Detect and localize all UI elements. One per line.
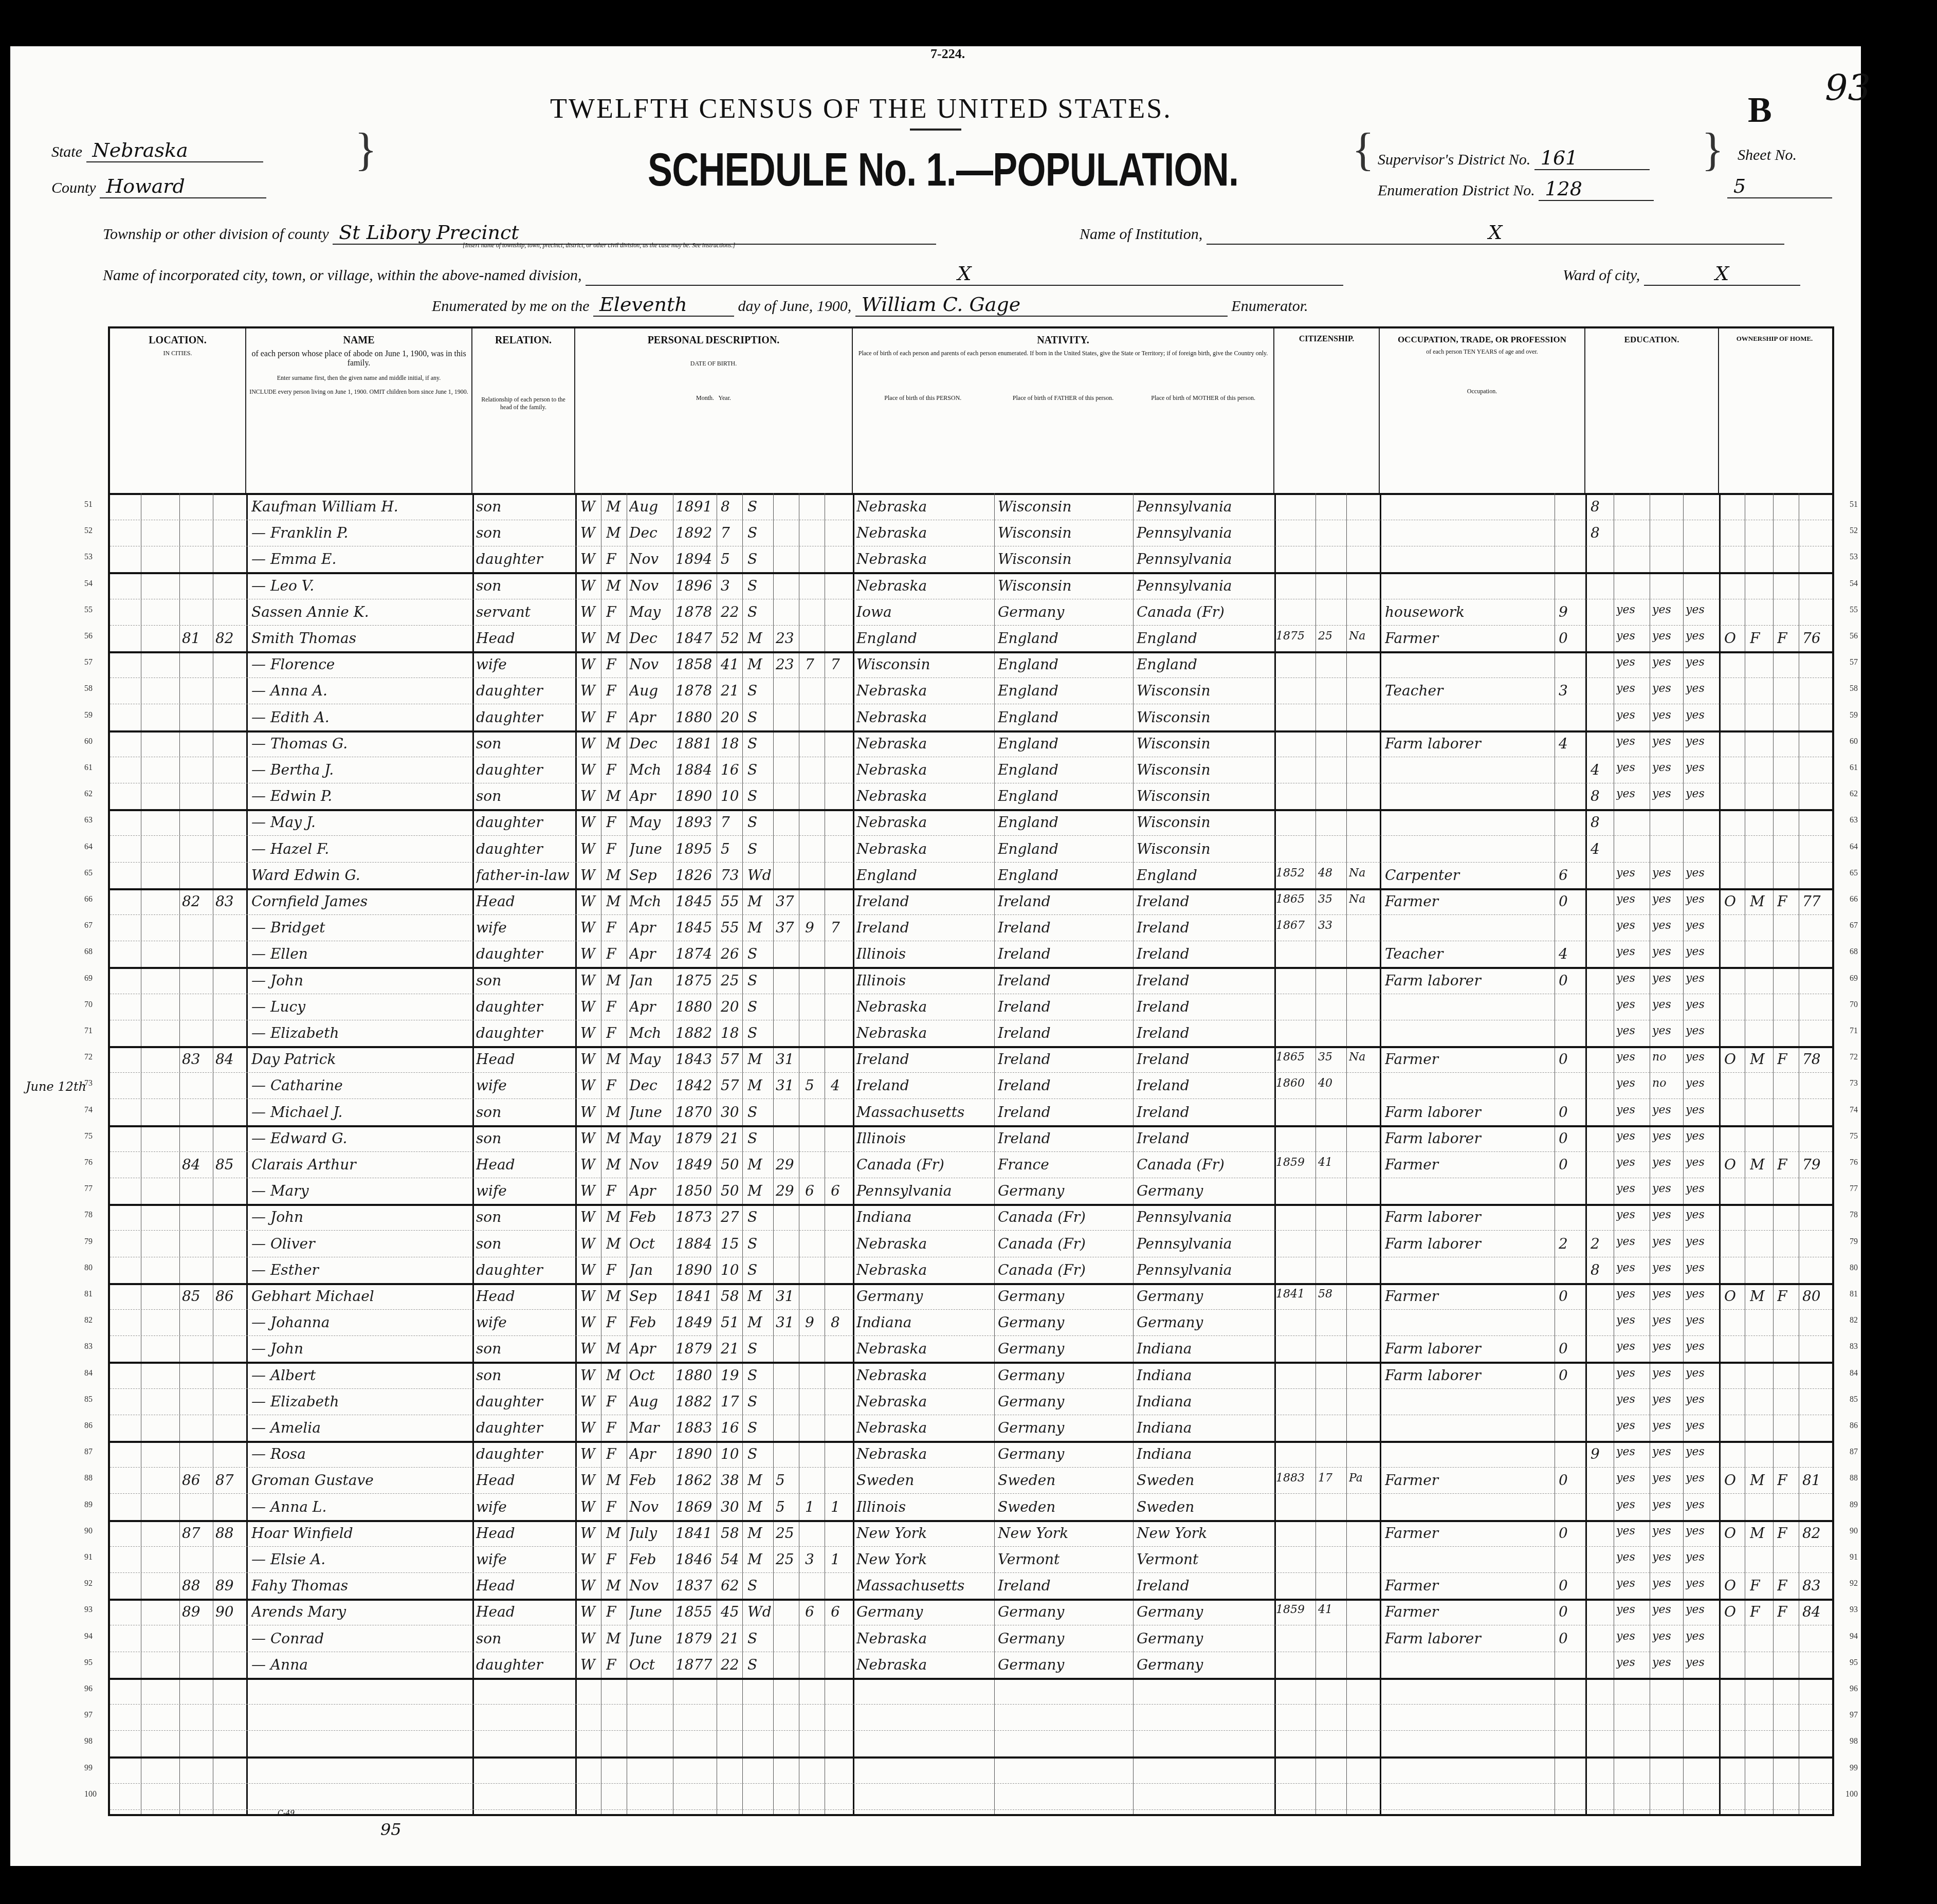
marital-status: S — [747, 998, 773, 1015]
marital-status: S — [747, 1130, 773, 1147]
marital-status: S — [747, 551, 773, 567]
mother-of-children: 9 — [805, 1314, 825, 1331]
birthplace-mother: Pennsylvania — [1137, 524, 1273, 541]
relation: daughter — [476, 551, 574, 567]
can-speak-english: yes — [1686, 1630, 1719, 1643]
relation: daughter — [476, 998, 574, 1015]
free-mortgaged: F — [1750, 630, 1773, 647]
line-number-right: 69 — [1850, 974, 1858, 983]
birth-year: 1880 — [675, 998, 717, 1015]
birthplace-mother: Pennsylvania — [1137, 1261, 1273, 1278]
color: W — [580, 1314, 601, 1331]
birthplace-mother: Ireland — [1137, 945, 1273, 962]
line-number-left: 59 — [84, 711, 93, 720]
birth-year: 1878 — [675, 603, 717, 620]
age: 55 — [721, 893, 742, 910]
header-citizenship: CITIZENSHIP. — [1274, 328, 1380, 493]
relation: daughter — [476, 1261, 574, 1278]
header-ownership: OWNERSHIP OF HOME. — [1719, 328, 1830, 493]
can-write: no — [1652, 1077, 1683, 1090]
brace-district-close: } — [1702, 123, 1724, 176]
months-unemployed: 0 — [1559, 1603, 1584, 1620]
line-number-right: 76 — [1850, 1158, 1858, 1167]
can-write: yes — [1652, 1288, 1683, 1301]
line-number-left: 52 — [84, 526, 93, 536]
birthplace-person: Nebraska — [856, 1630, 993, 1647]
relation: daughter — [476, 709, 574, 726]
age: 8 — [721, 498, 742, 515]
table-row: 80 — Esther daughter W F Jan 1890 10 S N… — [110, 1256, 1832, 1285]
line-number-right: 75 — [1850, 1132, 1858, 1141]
age: 21 — [721, 682, 742, 699]
occupation: Teacher — [1385, 682, 1552, 699]
family-number: 89 — [215, 1577, 246, 1594]
can-read: yes — [1616, 1393, 1650, 1406]
birthplace-person: Illinois — [856, 1130, 993, 1147]
farm-house: F — [1777, 630, 1799, 647]
person-name: — Conrad — [251, 1630, 470, 1647]
line-number-right: 90 — [1850, 1527, 1858, 1536]
birth-month: Oct — [629, 1656, 673, 1673]
can-read: yes — [1616, 630, 1650, 643]
can-read: yes — [1616, 761, 1650, 774]
marital-status: S — [747, 603, 773, 620]
birthplace-father: Ireland — [998, 1577, 1131, 1594]
color: W — [580, 1340, 601, 1357]
free-mortgaged: M — [1750, 1051, 1773, 1068]
age: 41 — [721, 656, 742, 673]
relation: daughter — [476, 1445, 574, 1462]
birthplace-mother: Ireland — [1137, 1577, 1273, 1594]
can-write: yes — [1652, 1472, 1683, 1485]
relation: Head — [476, 1525, 574, 1542]
person-name: — Emma E. — [251, 551, 470, 567]
color: W — [580, 1630, 601, 1647]
sex: M — [606, 1630, 627, 1647]
can-speak-english: yes — [1686, 1051, 1719, 1064]
birth-year: 1875 — [675, 972, 717, 989]
line-number-right: 95 — [1850, 1658, 1858, 1668]
table-row: 61 — Bertha J. daughter W F Mch 1884 16 … — [110, 756, 1832, 783]
can-speak-english: yes — [1686, 1419, 1719, 1432]
line-number-left: 54 — [84, 579, 93, 589]
immigration-year: 1859 — [1276, 1156, 1315, 1169]
sex: M — [606, 630, 627, 647]
color: W — [580, 498, 601, 515]
birth-month: Apr — [629, 709, 673, 726]
months-unemployed: 3 — [1559, 682, 1584, 699]
birthplace-person: Ireland — [856, 893, 993, 910]
table-row: 97 97 — [110, 1704, 1832, 1731]
table-row: 83 — John son W M Apr 1879 21 S Nebraska… — [110, 1335, 1832, 1364]
line-number-right: 73 — [1850, 1079, 1858, 1088]
age: 25 — [721, 972, 742, 989]
can-speak-english: yes — [1686, 972, 1719, 985]
can-write: yes — [1652, 919, 1683, 932]
years-in-us: 48 — [1318, 867, 1346, 880]
color: W — [580, 945, 601, 962]
person-name: — Michael J. — [251, 1104, 470, 1121]
can-speak-english: yes — [1686, 893, 1719, 906]
sex: M — [606, 735, 627, 752]
sex: M — [606, 867, 627, 884]
table-row: 76 84 85 Clarais Arthur Head W M Nov 184… — [110, 1151, 1832, 1178]
line-number-right: 60 — [1850, 737, 1858, 746]
birth-year: 1884 — [675, 1235, 717, 1252]
family-number: 87 — [215, 1472, 246, 1489]
birth-year: 1858 — [675, 656, 717, 673]
birth-month: Aug — [629, 498, 673, 515]
line-number-left: 51 — [84, 500, 93, 509]
birth-month: Nov — [629, 1156, 673, 1173]
marital-status: S — [747, 524, 773, 541]
birthplace-father: Ireland — [998, 945, 1131, 962]
birthplace-father: Germany — [998, 1367, 1131, 1384]
can-read: yes — [1616, 1603, 1650, 1616]
months-unemployed: 0 — [1559, 1104, 1584, 1121]
line-number-right: 59 — [1850, 711, 1858, 720]
birth-year: 1892 — [675, 524, 717, 541]
line-number-right: 61 — [1850, 763, 1858, 773]
mother-of-children: 1 — [805, 1498, 825, 1515]
months-unemployed: 0 — [1559, 1630, 1584, 1647]
birth-year: 1869 — [675, 1498, 717, 1515]
marital-status: Wd — [747, 1603, 773, 1620]
marital-status: S — [747, 1393, 773, 1410]
age: 5 — [721, 840, 742, 857]
color: W — [580, 1367, 601, 1384]
color: W — [580, 1419, 601, 1436]
line-number-left: 74 — [84, 1106, 93, 1115]
color: W — [580, 840, 601, 857]
birthplace-father: Germany — [998, 1656, 1131, 1673]
birth-month: June — [629, 1104, 673, 1121]
relation: Head — [476, 1156, 574, 1173]
can-write: yes — [1652, 630, 1683, 643]
color: W — [580, 1182, 601, 1199]
person-name: — Bertha J. — [251, 761, 470, 778]
relation: daughter — [476, 761, 574, 778]
can-read: yes — [1616, 1314, 1650, 1327]
person-name: — Elizabeth — [251, 1024, 470, 1041]
birthplace-mother: Wisconsin — [1137, 814, 1273, 831]
birth-month: Apr — [629, 919, 673, 936]
supervisor-field: Supervisor's District No. 161 — [1378, 147, 1650, 170]
person-name: Clarais Arthur — [251, 1156, 470, 1173]
table-row: 59 — Edith A. daughter W F Apr 1880 20 S… — [110, 704, 1832, 733]
marital-status: S — [747, 577, 773, 594]
owned-rented: O — [1724, 1525, 1745, 1542]
person-name: — Catharine — [251, 1077, 470, 1094]
age: 57 — [721, 1077, 742, 1094]
line-number-right: 83 — [1850, 1342, 1858, 1351]
farm-schedule-number: 78 — [1802, 1051, 1829, 1068]
months-unemployed: 0 — [1559, 893, 1584, 910]
person-name: — Florence — [251, 656, 470, 673]
dwelling-number: 85 — [182, 1288, 213, 1305]
can-speak-english: yes — [1686, 1367, 1719, 1380]
sex: M — [606, 1577, 627, 1594]
can-read: yes — [1616, 1051, 1650, 1064]
months-unemployed: 0 — [1559, 1525, 1584, 1542]
birth-month: Jan — [629, 972, 673, 989]
color: W — [580, 656, 601, 673]
person-name: — Edith A. — [251, 709, 470, 726]
can-write: yes — [1652, 656, 1683, 669]
birthplace-mother: Pennsylvania — [1137, 498, 1273, 515]
line-number-right: 71 — [1850, 1027, 1858, 1036]
marital-status: S — [747, 1445, 773, 1462]
table-row: 62 — Edwin P. son W M Apr 1890 10 S Nebr… — [110, 782, 1832, 811]
birthplace-father: Canada (Fr) — [998, 1209, 1131, 1225]
birth-year: 1880 — [675, 1367, 717, 1384]
relation: Head — [476, 1472, 574, 1489]
can-read: yes — [1616, 1024, 1650, 1037]
birthplace-person: Indiana — [856, 1314, 993, 1331]
age: 16 — [721, 761, 742, 778]
birth-month: Apr — [629, 945, 673, 962]
color: W — [580, 551, 601, 567]
sex: M — [606, 1130, 627, 1147]
birthplace-mother: Germany — [1137, 1288, 1273, 1305]
line-number-left: 98 — [84, 1737, 93, 1746]
marital-status: M — [747, 1288, 773, 1305]
can-read: yes — [1616, 1235, 1650, 1248]
line-number-left: 71 — [84, 1027, 93, 1036]
birthplace-father: Germany — [998, 1288, 1131, 1305]
line-number-left: 79 — [84, 1237, 93, 1247]
birthplace-mother: Indiana — [1137, 1340, 1273, 1357]
marital-status: S — [747, 1419, 773, 1436]
can-read: yes — [1616, 1498, 1650, 1511]
school-months: 4 — [1591, 761, 1614, 778]
owned-rented: O — [1724, 1577, 1745, 1594]
birthplace-father: Wisconsin — [998, 551, 1131, 567]
can-speak-english: yes — [1686, 1472, 1719, 1485]
owned-rented: O — [1724, 1603, 1745, 1620]
years-in-us: 35 — [1318, 1051, 1346, 1064]
census-title: TWELFTH CENSUS OF THE UNITED STATES. — [550, 93, 1172, 124]
can-speak-english: yes — [1686, 1577, 1719, 1590]
relation: wife — [476, 656, 574, 673]
can-write: yes — [1652, 893, 1683, 906]
birth-year: 1877 — [675, 1656, 717, 1673]
line-number-right: 99 — [1850, 1764, 1858, 1773]
line-number-left: 66 — [84, 895, 93, 904]
years-married: 29 — [776, 1182, 799, 1199]
can-speak-english: yes — [1686, 735, 1719, 748]
relation: wife — [476, 1314, 574, 1331]
line-number-left: 94 — [84, 1632, 93, 1641]
line-number-left: 69 — [84, 974, 93, 983]
birthplace-mother: Germany — [1137, 1182, 1273, 1199]
sex: F — [606, 1419, 627, 1436]
can-read: yes — [1616, 1156, 1650, 1169]
farm-house: F — [1777, 893, 1799, 910]
sex: M — [606, 1288, 627, 1305]
children-living: 4 — [831, 1077, 851, 1094]
can-write: yes — [1652, 1630, 1683, 1643]
sex: F — [606, 919, 627, 936]
birth-year: 1882 — [675, 1393, 717, 1410]
form-code: 7-224. — [930, 46, 965, 62]
line-number-left: 77 — [84, 1184, 93, 1194]
line-number-left: 63 — [84, 816, 93, 825]
birth-year: 1894 — [675, 551, 717, 567]
can-write: yes — [1652, 761, 1683, 774]
can-write: yes — [1652, 1577, 1683, 1590]
color: W — [580, 1525, 601, 1542]
line-number-left: 86 — [84, 1421, 93, 1431]
relation: wife — [476, 919, 574, 936]
person-name: — John — [251, 972, 470, 989]
age: 50 — [721, 1182, 742, 1199]
age: 10 — [721, 1261, 742, 1278]
color: W — [580, 603, 601, 620]
can-speak-english: yes — [1686, 788, 1719, 800]
birth-month: Aug — [629, 1393, 673, 1410]
occupation: Farm laborer — [1385, 1340, 1552, 1357]
birthplace-mother: Ireland — [1137, 1130, 1273, 1147]
color: W — [580, 1104, 601, 1121]
small-mark: C-49 — [278, 1809, 295, 1818]
birthplace-father: Wisconsin — [998, 577, 1131, 594]
occupation: Farm laborer — [1385, 1130, 1552, 1147]
birthplace-father: Ireland — [998, 998, 1131, 1015]
relation: Head — [476, 1051, 574, 1068]
can-write: yes — [1652, 867, 1683, 880]
table-row: 91 — Elsie A. wife W F Feb 1846 54 M 25 … — [110, 1546, 1832, 1573]
color: W — [580, 577, 601, 594]
line-number-right: 85 — [1850, 1395, 1858, 1404]
table-row: 65 Ward Edwin G. father-in-law W M Sep 1… — [110, 862, 1832, 890]
birthplace-person: Massachusetts — [856, 1104, 993, 1121]
line-number-left: 72 — [84, 1053, 93, 1062]
person-name: — Bridget — [251, 919, 470, 936]
farm-house: F — [1777, 1577, 1799, 1594]
birth-month: Nov — [629, 551, 673, 567]
color: W — [580, 1235, 601, 1252]
can-read: yes — [1616, 867, 1650, 880]
person-name: — Elsie A. — [251, 1551, 470, 1568]
person-name: Fahy Thomas — [251, 1577, 470, 1594]
can-write: yes — [1652, 972, 1683, 985]
owned-rented: O — [1724, 893, 1745, 910]
line-number-left: 95 — [84, 1658, 93, 1668]
schedule-title: SCHEDULE No. 1.—POPULATION. — [648, 144, 1238, 197]
table-row: 92 88 89 Fahy Thomas Head W M Nov 1837 6… — [110, 1572, 1832, 1601]
free-mortgaged: M — [1750, 1525, 1773, 1542]
birthplace-person: Nebraska — [856, 761, 993, 778]
sex: M — [606, 498, 627, 515]
table-row: 69 — John son W M Jan 1875 25 S Illinois… — [110, 967, 1832, 994]
person-name: — Anna A. — [251, 682, 470, 699]
age: 55 — [721, 919, 742, 936]
person-name: Smith Thomas — [251, 630, 470, 647]
brace-district-open: { — [1352, 123, 1374, 176]
age: 38 — [721, 1472, 742, 1489]
can-write: yes — [1652, 945, 1683, 958]
birthplace-mother: Ireland — [1137, 1077, 1273, 1094]
can-speak-english: yes — [1686, 1024, 1719, 1037]
birthplace-father: England — [998, 814, 1131, 831]
free-mortgaged: F — [1750, 1577, 1773, 1594]
birth-month: Dec — [629, 735, 673, 752]
can-speak-english: yes — [1686, 1445, 1719, 1458]
sex: M — [606, 1156, 627, 1173]
line-number-right: 77 — [1850, 1184, 1858, 1194]
can-read: yes — [1616, 1630, 1650, 1643]
relation: son — [476, 524, 574, 541]
birthplace-father: Sweden — [998, 1498, 1131, 1515]
table-row: 89 — Anna L. wife W F Nov 1869 30 M 5 1 … — [110, 1493, 1832, 1522]
children-living: 6 — [831, 1182, 851, 1199]
birthplace-father: England — [998, 867, 1131, 884]
birthplace-mother: Germany — [1137, 1630, 1273, 1647]
months-unemployed: 0 — [1559, 1367, 1584, 1384]
marital-status: M — [747, 1551, 773, 1568]
line-number-right: 74 — [1850, 1106, 1858, 1115]
line-number-left: 90 — [84, 1527, 93, 1536]
can-speak-english: yes — [1686, 1656, 1719, 1669]
children-living: 1 — [831, 1498, 851, 1515]
sex: F — [606, 1445, 627, 1462]
color: W — [580, 1130, 601, 1147]
farm-schedule-number: 80 — [1802, 1288, 1829, 1305]
line-number-right: 100 — [1845, 1790, 1858, 1799]
birth-year: 1893 — [675, 814, 717, 831]
birthplace-father: Germany — [998, 1393, 1131, 1410]
age: 10 — [721, 1445, 742, 1462]
birth-year: 1826 — [675, 867, 717, 884]
birthplace-person: New York — [856, 1551, 993, 1568]
birthplace-father: Ireland — [998, 893, 1131, 910]
line-number-right: 91 — [1850, 1553, 1858, 1562]
can-read: yes — [1616, 1340, 1650, 1353]
birthplace-mother: Wisconsin — [1137, 682, 1273, 699]
age: 62 — [721, 1577, 742, 1594]
person-name: — Albert — [251, 1367, 470, 1384]
sex: M — [606, 1235, 627, 1252]
line-number-right: 98 — [1850, 1737, 1858, 1746]
relation: Head — [476, 1577, 574, 1594]
birthplace-mother: England — [1137, 656, 1273, 673]
family-number: 86 — [215, 1288, 246, 1305]
free-mortgaged: F — [1750, 1603, 1773, 1620]
sex: M — [606, 1051, 627, 1068]
relation: Head — [476, 893, 574, 910]
dwelling-number: 83 — [182, 1051, 213, 1068]
birth-year: 1878 — [675, 682, 717, 699]
mother-of-children: 5 — [805, 1077, 825, 1094]
line-number-right: 81 — [1850, 1290, 1858, 1299]
naturalization: Na — [1349, 893, 1379, 906]
age: 27 — [721, 1209, 742, 1225]
age: 58 — [721, 1288, 742, 1305]
city-field: Name of incorporated city, town, or vill… — [103, 262, 1343, 286]
birthplace-father: Germany — [998, 1630, 1131, 1647]
birthplace-mother: Wisconsin — [1137, 840, 1273, 857]
free-mortgaged: M — [1750, 893, 1773, 910]
family-number: 83 — [215, 893, 246, 910]
can-read: yes — [1616, 1551, 1650, 1564]
marital-status: S — [747, 761, 773, 778]
can-speak-english: yes — [1686, 919, 1719, 932]
can-write: yes — [1652, 1603, 1683, 1616]
birthplace-person: Nebraska — [856, 709, 993, 726]
birthplace-mother: Vermont — [1137, 1551, 1273, 1568]
age: 22 — [721, 603, 742, 620]
